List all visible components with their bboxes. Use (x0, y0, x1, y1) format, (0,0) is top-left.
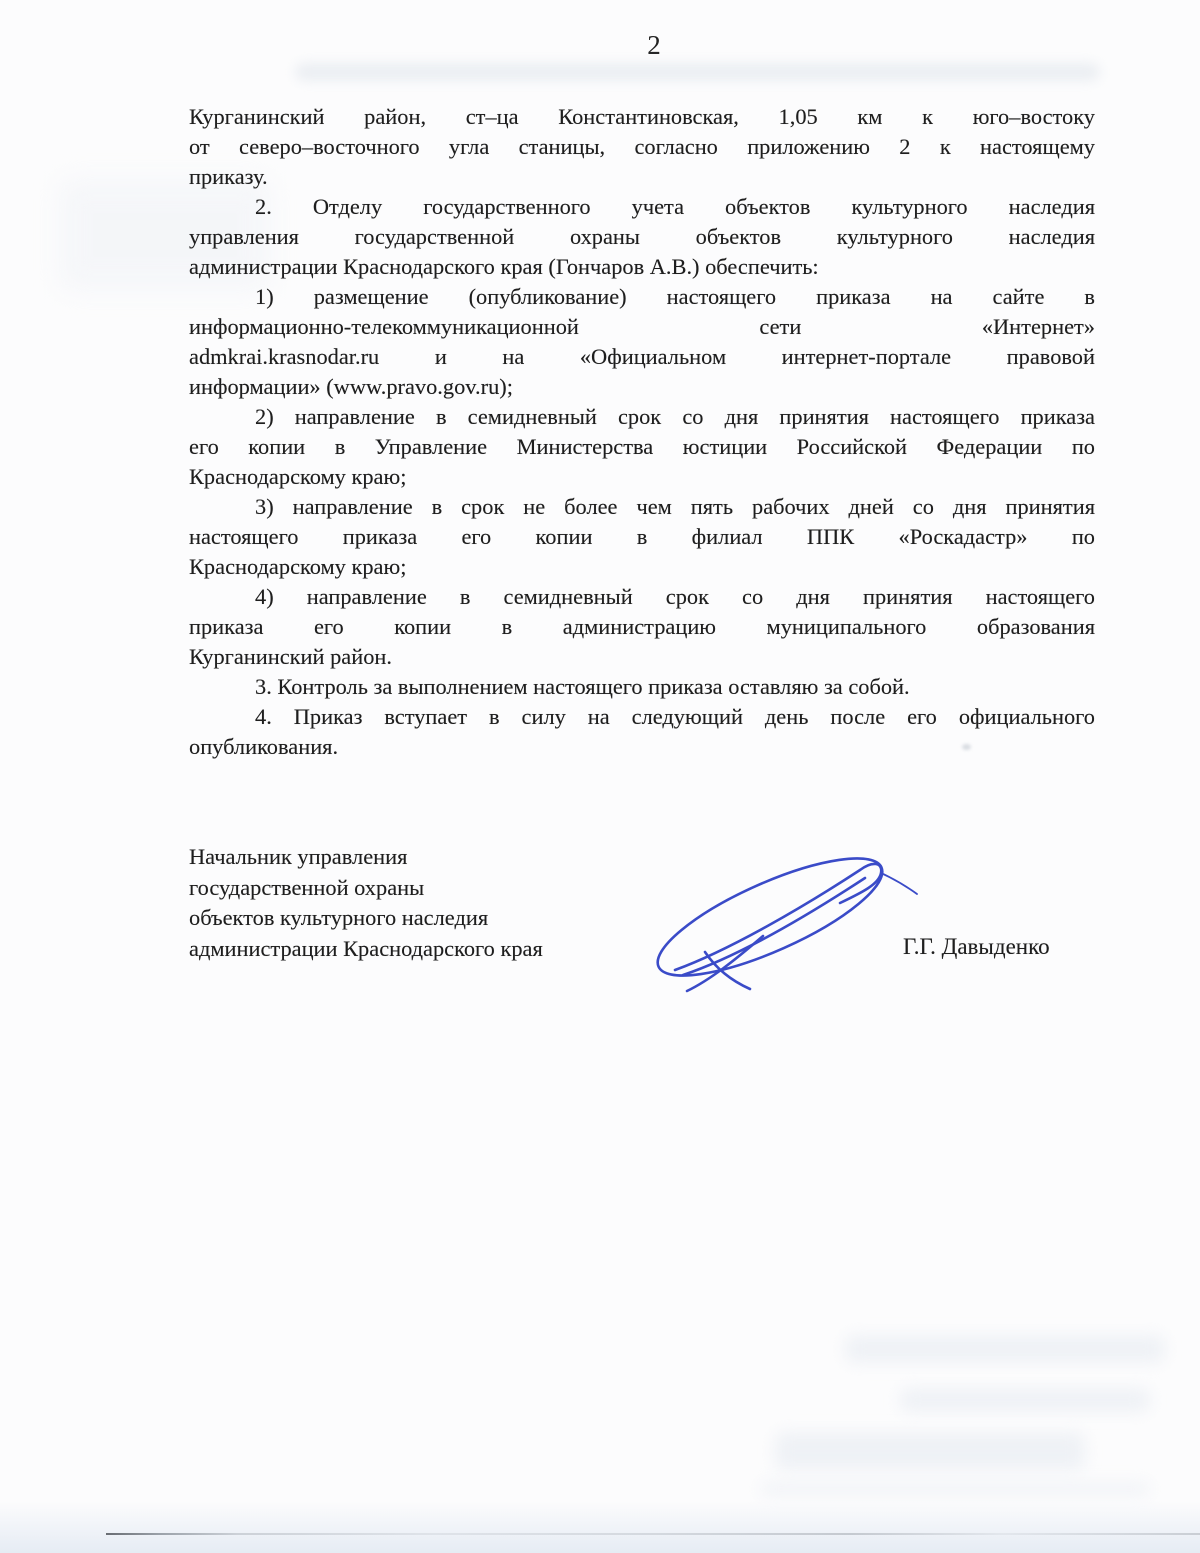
scan-bleed-artifact-top (295, 63, 1100, 81)
scan-speck-artifact (962, 744, 971, 750)
text-line: 3) направление в срок не более чем пять … (189, 492, 1095, 522)
text-line: информации» (www.pravo.gov.ru); (189, 372, 1095, 402)
text-line: его копии в Управление Министерства юсти… (189, 432, 1095, 462)
signature-icon (635, 848, 930, 998)
paragraph-subitem-4: 4) направление в семидневный срок со дня… (189, 582, 1095, 672)
text-line: 2) направление в семидневный срок со дня… (189, 402, 1095, 432)
paragraph-subitem-3: 3) направление в срок не более чем пять … (189, 492, 1095, 582)
page-number: 2 (554, 30, 754, 60)
signer-name: Г.Г. Давыденко (903, 933, 1133, 961)
signer-title-block: Начальник управления государственной охр… (189, 842, 659, 964)
text-line: 3. Контроль за выполнением настоящего пр… (189, 672, 1095, 702)
text-line: информационно-телекоммуникационной сети … (189, 312, 1095, 342)
text-line: приказа его копии в администрацию муници… (189, 612, 1095, 642)
text-line: Краснодарскому краю; (189, 552, 1095, 582)
text-line: Краснодарскому краю; (189, 462, 1095, 492)
scan-page-edge-line (106, 1533, 1200, 1535)
paragraph-location: Курганинский район, ст–ца Константиновск… (189, 102, 1095, 192)
text-line: 1) размещение (опубликование) настоящего… (189, 282, 1095, 312)
text-line: приказу. (189, 162, 1095, 192)
paragraph-subitem-1: 1) размещение (опубликование) настоящего… (189, 282, 1095, 402)
document-body: Курганинский район, ст–ца Константиновск… (189, 102, 1095, 762)
text-line: от северо–восточного угла станицы, согла… (189, 132, 1095, 162)
text-line: опубликования. (189, 732, 1095, 762)
scan-bleed-artifact (775, 1432, 1085, 1470)
text-line: admkrai.krasnodar.ru и на «Официальном и… (189, 342, 1095, 372)
scan-bleed-artifact (845, 1335, 1165, 1363)
signer-title-line: администрации Краснодарского края (189, 934, 659, 965)
text-line: Курганинский район, ст–ца Константиновск… (189, 102, 1095, 132)
text-line: Курганинский район. (189, 642, 1095, 672)
scan-bleed-artifact (900, 1388, 1150, 1412)
paragraph-item-2: 2. Отделу государственного учета объекто… (189, 192, 1095, 282)
paragraph-item-3: 3. Контроль за выполнением настоящего пр… (189, 672, 1095, 702)
signer-title-line: государственной охраны (189, 873, 659, 904)
text-line: 2. Отделу государственного учета объекто… (189, 192, 1095, 222)
scan-bleed-artifact (760, 1482, 1150, 1496)
signer-title-line: Начальник управления (189, 842, 659, 873)
text-line: настоящего приказа его копии в филиал ПП… (189, 522, 1095, 552)
scan-bottom-shading (0, 1501, 1200, 1553)
text-line: 4. Приказ вступает в силу на следующий д… (189, 702, 1095, 732)
signer-title-line: объектов культурного наследия (189, 903, 659, 934)
scanned-document-page: 2 Курганинский район, ст–ца Константинов… (0, 0, 1200, 1553)
paragraph-subitem-2: 2) направление в семидневный срок со дня… (189, 402, 1095, 492)
text-line: управления государственной охраны объект… (189, 222, 1095, 252)
text-line: 4) направление в семидневный срок со дня… (189, 582, 1095, 612)
paragraph-item-4: 4. Приказ вступает в силу на следующий д… (189, 702, 1095, 762)
text-line: администрации Краснодарского края (Гонча… (189, 252, 1095, 282)
